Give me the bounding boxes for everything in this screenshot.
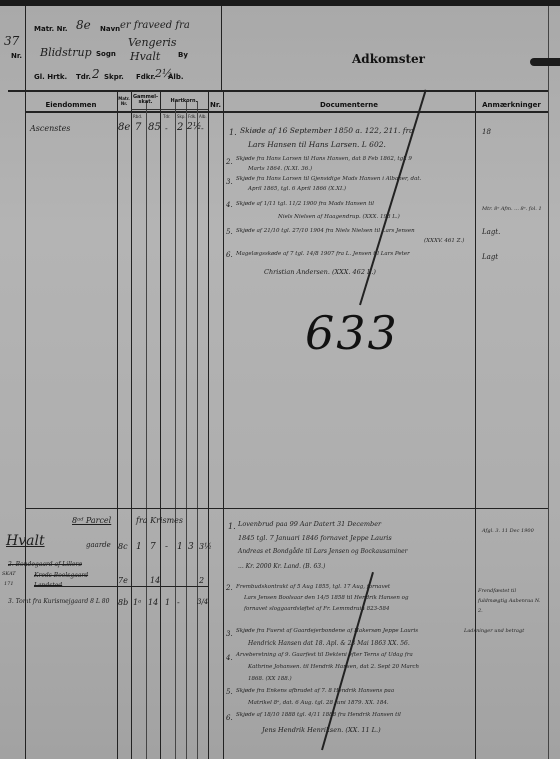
cell: 3/4 <box>197 598 208 606</box>
entry-remark: Lagt. <box>482 228 500 236</box>
col-line-gammel-sub <box>146 101 147 759</box>
col-sub-alb: Alb. <box>199 114 207 119</box>
cell: 3 <box>188 542 194 552</box>
col-header-matr: Matr. Nr. <box>117 96 131 106</box>
entry-text: Niels Nielsen af Haagendrup. (XXX. 198 L… <box>278 214 400 220</box>
gl-hrtk-label: Gl. Hrtk. <box>34 73 67 81</box>
left-border-line <box>25 6 26 759</box>
col-header-documenterne: Documenterne <box>223 101 475 109</box>
alb-label: Alb. <box>168 73 184 81</box>
entry-remark: 18 <box>482 128 491 136</box>
entry-line: Skjøde fra Fuerst af Gaardejerbondene af… <box>236 628 418 634</box>
cell: 1ᵃ <box>133 598 141 607</box>
s1-rbd: 7 <box>135 122 141 133</box>
entry-nr: 3. <box>226 630 233 638</box>
cell: 3½ <box>199 542 212 551</box>
entry-text: Marts 1864. (X.XI. 36.) <box>248 166 312 172</box>
subheader-line <box>131 109 208 110</box>
s1-tdr: - <box>165 124 168 133</box>
sogn-value: Blidstrup <box>40 46 92 59</box>
entry-nr: 6. <box>226 251 233 259</box>
s2-margin-171: 171 <box>4 581 14 587</box>
entry-nr: 5. <box>226 688 233 696</box>
s2-margin-skat: SKAT <box>2 571 16 577</box>
cell: 1 <box>165 598 170 607</box>
cell: 1 <box>136 542 142 552</box>
entry-line: Lovenbrud paa 99 Aar Datert 31 December <box>238 520 381 528</box>
entry-remark: Afgl. 3. 11 Dec 1900 <box>482 528 534 534</box>
entry-line: Lars Jensen Boolsaar den 14/5 1858 til H… <box>244 595 408 601</box>
col-header-hartkorn: Hartkorn. <box>160 98 208 104</box>
entry-nr: 6. <box>226 714 233 722</box>
entry-text: Skjøde af 21/10 tgl. 27/10 1904 fra Niel… <box>236 228 415 234</box>
entry-text: (XXXV. 461 Z.) <box>424 238 464 244</box>
col-line-hartkorn <box>160 90 161 759</box>
col-header-ejendommen: Eiendommen <box>25 101 117 109</box>
col-line-docs <box>223 90 224 759</box>
cell: 8b <box>118 598 128 607</box>
s2-line-2: 2. Bondegaard af Lillerø <box>8 561 82 568</box>
entry-nr: 2. <box>226 158 233 166</box>
s2-parcel: 8ᵃᵈ Parcel <box>72 516 111 525</box>
entry-line: Andreas et Bondgåde til Lars Jensen og B… <box>238 548 408 555</box>
entry-remark: Lagt <box>482 253 498 261</box>
colheader-bottom-line <box>25 111 548 113</box>
cell: - <box>177 598 180 607</box>
entry-nr: 4. <box>226 201 233 209</box>
entry-remark: Mtr. 8ᵉ Afm. ... 8ᵉ. fol. 1 <box>482 204 546 214</box>
s1-alb: - <box>201 124 204 133</box>
col-line-matr <box>117 90 118 759</box>
margin-nr-value: 37 <box>4 34 19 48</box>
entry-line: 1868. (XX 188.) <box>248 676 292 682</box>
entry-text: Skjøde af 1/11 tgl. 11/2 1900 fra Mads H… <box>236 201 374 207</box>
entry-line: Arveberetning af 9. Gaarfest til Dekteni… <box>236 652 413 658</box>
matr-nr-label: Matr. Nr. <box>34 25 68 33</box>
entry-nr: 3. <box>226 178 233 186</box>
sogn-label: Sogn <box>96 50 116 58</box>
ledger-page: 37 Nr. Matr. Nr. 8e Navn er fraveed fra … <box>0 6 560 759</box>
entry-text: Magelægsskøde af 7 tgl. 14/8 1907 fra L.… <box>236 251 410 257</box>
cell: 14 <box>148 598 158 607</box>
entry-line: Matrikel 8ᵉ, dat. 6 Aug. tgl. 28 Juni 18… <box>248 700 389 706</box>
s2-header-note: fra Krismes <box>136 516 183 525</box>
col-line-gammel <box>131 90 132 759</box>
binding-tab <box>530 58 560 66</box>
s2-strike-row <box>34 586 208 587</box>
entry-remark: Frendfæstet til fuldmægtig Aabenraa N. 2… <box>478 586 546 616</box>
s1-matr: 8e <box>118 122 130 133</box>
cell: - <box>165 542 168 552</box>
big-number-annotation: 633 <box>305 306 399 360</box>
entry-text: Skjøde fra Hans Larsen til Gjensidige Ma… <box>236 176 421 182</box>
col-sub-tdr: Tdr. <box>163 114 171 119</box>
skpr-label: Skpr. <box>104 73 124 81</box>
entry-remark: Ladsninger und betragt <box>464 628 524 634</box>
col-header-anmaerkninger: Anmærkninger <box>475 101 548 109</box>
entry-nr: 1. <box>228 522 236 531</box>
col-line-remarks <box>475 90 476 759</box>
cell: 8c <box>118 542 128 551</box>
entry-text: Christian Andersen. (XXX. 462 L.) <box>264 268 376 276</box>
entry-line: Kathrine Johansen. til Hendrik Hansen, d… <box>248 664 419 670</box>
entry-text: April 1865, tgl. 6 April 1866 (X.XI.) <box>248 186 346 192</box>
s1-property: Ascenstes <box>30 124 70 133</box>
entry-nr: 4. <box>226 654 233 662</box>
entry-line: fornavet sloggaardsløftet af Fr. Lemmdru… <box>244 606 389 612</box>
entry-line: Skjøde af 18/10 1888 tgl. 4/11 1888 fra … <box>236 712 401 718</box>
navn-label: Navn <box>100 25 120 33</box>
entry-line: Hendrick Hansen dat 18. Apl. & 23 Mai 18… <box>248 640 410 647</box>
margin-nr-label: Nr. <box>11 52 22 60</box>
cell: 14 <box>150 576 160 585</box>
entry-line: Skjøde fra Enkens afbrudet af 7. 8 Hendr… <box>236 688 394 694</box>
entry-line: ... Kr. 2000 Kr. Land. (B. 63.) <box>238 563 325 570</box>
s1-fdk: 2½ <box>187 122 201 132</box>
col-header-gammel: Gammel-skat. <box>131 95 160 105</box>
col-line-hk-1 <box>175 101 176 759</box>
entry-text: Skiøde af 16 September 1850 a. 122, 211.… <box>240 126 414 135</box>
s2-hvalt: Hvalt <box>6 533 45 549</box>
col-sub-rbd: Rbd. <box>133 114 142 119</box>
diagonal-strike-line-1 <box>359 90 427 306</box>
s2-line-3: 3. Tomt fra Kurismejgaard 8 L 80 <box>8 598 109 605</box>
by-value: Hvalt <box>130 50 160 63</box>
entry-line: 1845 tgl. 7 Januari 1846 fornavet Jeppe … <box>238 534 392 542</box>
fdkr-label: Fdkr. <box>136 73 156 81</box>
cell: 7 <box>150 542 156 552</box>
col-line-hk-3 <box>197 101 198 759</box>
s1-skp: 2 <box>177 122 183 133</box>
col-sub-fdk: Fdk. <box>188 114 196 119</box>
matr-nr-value: 8e <box>76 18 91 32</box>
tdr-label: Tdr. <box>76 73 91 81</box>
entry-line: Jens Hendrik Henriksen. (XX. 11 L.) <box>262 726 381 734</box>
entry-nr: 5. <box>226 228 233 236</box>
header-bottom-line <box>8 90 548 92</box>
header-divider-line <box>221 6 222 90</box>
cell: 1 <box>177 542 183 552</box>
col-header-nr: Nr. <box>208 101 223 109</box>
entry-text: Lars Hansen til Hans Larsen. L 602. <box>248 140 386 149</box>
section-divider-line <box>25 508 548 509</box>
entry-text: Skjøde fra Hans Larsen til Hans Hansen, … <box>236 156 412 162</box>
col-sub-skp: Skp. <box>177 114 186 119</box>
entry-nr: 1. <box>229 128 237 137</box>
by-label: By <box>178 51 188 59</box>
col-line-nr <box>208 90 209 759</box>
s1-sk: 85 <box>148 122 161 133</box>
cell: 7e <box>118 576 128 585</box>
s2-line-2b: Kreds Boolsgaard <box>34 572 88 579</box>
col-line-hk-2 <box>186 101 187 759</box>
section-title: Adkomster <box>352 52 425 66</box>
navn-value-2: Vengeris <box>128 36 177 49</box>
tdr-value: 2 <box>92 67 100 81</box>
cell: 2 <box>199 576 204 585</box>
navn-value: er fraveed fra <box>120 20 190 31</box>
entry-line: Frembudskontrakt af 5 Aug 1855, tgl. 17 … <box>236 584 390 590</box>
s2-gaarde: gaarde <box>86 541 111 549</box>
right-page-line <box>548 6 549 759</box>
entry-nr: 2. <box>226 584 233 592</box>
